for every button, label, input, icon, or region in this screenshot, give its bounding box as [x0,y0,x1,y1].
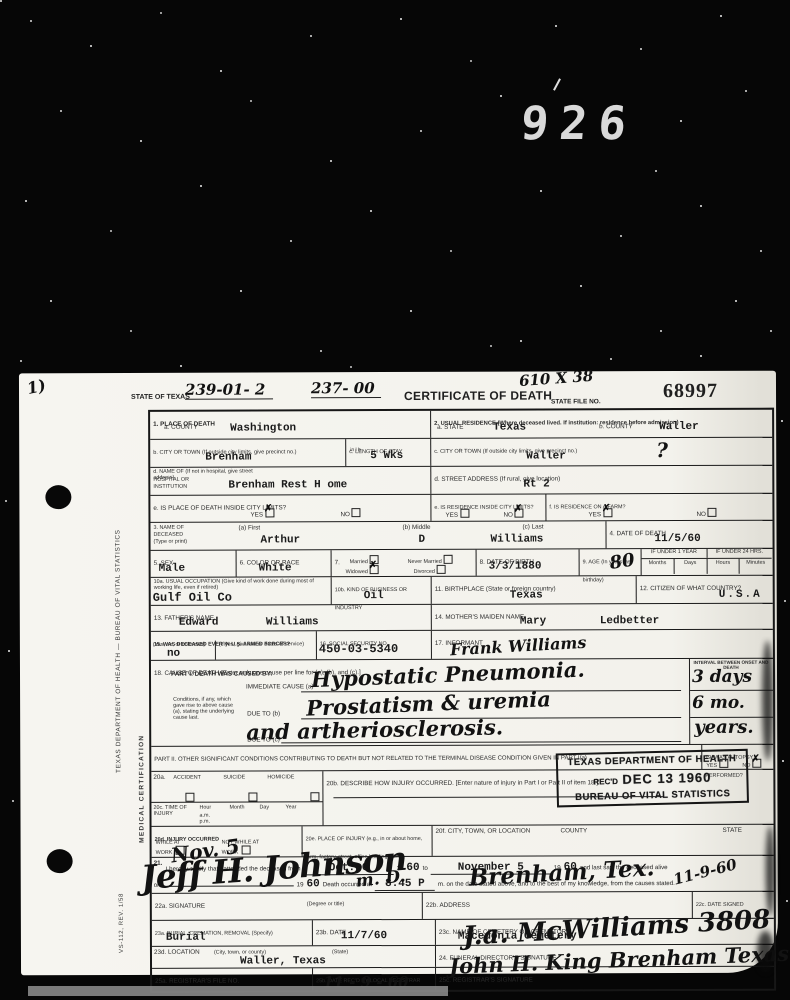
field-race: 6. COLOR OR RACE White [236,550,331,576]
row-city-stay: b. CITY OR TOWN (If outside city limits,… [150,437,772,467]
film-scratch [553,78,561,90]
name-label-2: DECEASED [154,532,184,538]
forces-divider [215,641,216,660]
name-label-3: (Type or print) [154,539,188,545]
field-sex: 5. SEX Male [151,551,236,577]
first-name-value: Arthur [261,534,301,546]
certificate-paper: 1) TEXAS DEPARTMENT OF HEALTH — BUREAU O… [19,371,778,976]
residence-state-label: a. STATE [437,424,463,431]
interval-line-a [690,690,773,691]
industry-value: Oil [364,590,384,602]
suicide-checkbox [249,792,258,801]
field-place-of-death: 1. PLACE OF DEATH a. COUNTY Washington [150,411,430,439]
due-b-label: DUE TO (b) [247,710,280,717]
farm-yes-checkbox: ✗ [603,508,612,517]
field-date-of-death: 4. DATE OF DEATH 11/5/60 [605,521,771,549]
forces-sub2: (If yes, give war or dates of service) [219,641,309,647]
accident-checkbox [185,793,194,802]
injury-county-label: COUNTY [561,827,588,834]
dod-value: 11/5/60 [655,533,701,545]
residence-limits-no-checkbox: ✗ [515,509,524,518]
certificate-title: CERTIFICATE OF DEATH [404,388,552,403]
hospital-label-3: INSTITUTION [153,484,187,490]
street-value: Rt 2 [523,478,549,490]
row-parents: 13. FATHER'S NAME Edward Williams 14. MO… [151,603,773,631]
film-speckles [0,0,2,2]
conditions-note: Conditions, if any, which gave rise to a… [173,697,235,721]
field-father: 13. FATHER'S NAME Edward Williams [151,605,431,631]
vertical-form-number: VS-112, REV. 1/58 [119,841,125,953]
field-citizen: 12. CITIZEN OF WHAT COUNTRY? U.S.A [636,576,772,603]
city-value: Brenham [205,452,251,464]
occupation-label: 10a. USUAL OCCUPATION (Give kind of work… [154,578,324,591]
forces-sub1: (Yes, no, or unknown) [153,642,211,648]
stay-sublabel: in l b. [350,448,362,454]
row-city-limits: e. IS PLACE OF DEATH INSIDE CITY LIMITS?… [150,493,772,522]
row-sex-age: 5. SEX Male 6. COLOR OR RACE White 7. Ma… [151,548,773,577]
never-married-option: Never Married [408,555,453,565]
address-label: 22b. ADDRESS [426,902,470,909]
county-label: a. COUNTY [164,424,198,431]
hours-col: Hours [706,559,739,574]
mother-label: 14. MOTHER'S MAIDEN NAME [435,614,524,621]
middle-name-value: D [419,534,426,546]
field-usual-residence: 2. USUAL RESIDENCE (Where deceased lived… [430,410,771,438]
never-married-checkbox [444,555,453,564]
citizen-value: U.S.A [719,589,762,601]
interval-line-b [690,717,773,718]
residence-limits-yes: YES [445,509,469,519]
occupation-value: Gulf Oil Co [153,591,232,605]
widowed-checkbox: ✗ [370,565,379,574]
location-sub2: (State) [332,949,348,955]
residence-label: 2. USUAL RESIDENCE (Where deceased lived… [434,420,678,427]
field-injury-left: 20a. ACCIDENT SUICIDE HOMICIDE 20c. TIME… [151,771,322,826]
stamp-line1: TEXAS DEPARTMENT OF HEALTH [567,753,736,768]
homicide-checkbox [310,792,319,801]
field-armed-forces: 15. WAS DECEASED EVER IN U.S. ARMED FORC… [151,631,316,660]
county-value: Washington [230,422,296,434]
homicide-label: HOMICIDE [267,774,294,780]
father-last: Williams [266,616,319,628]
vertical-medical-certification-text: MEDICAL CERTIFICATION [138,673,146,843]
microfilm-scan: 926 1) TEXAS DEPARTMENT OF HEALTH — BURE… [0,0,790,1000]
under-24-hrs-label: IF UNDER 24 HRS. [706,549,772,558]
farm-no-checkbox [708,508,717,517]
autopsy-no-checkbox: ✗ [752,759,761,768]
hospital-value: Brenham Rest H ome [228,479,347,491]
stamp-date: DEC 13 1960 [622,769,711,786]
field-ssn: 16. SOCIAL SECURITY NO. 450-03-5340 [316,631,431,659]
field-informant: 17. INFORMANT Frank Williams [431,630,772,659]
state-file-number: 68997 [663,380,718,403]
field-street-address: d. STREET ADDRESS (If rural, give locati… [430,466,771,494]
frame-counter: 926 [519,96,640,150]
stay-value: 5 Wks [370,450,403,462]
field-cause-of-death: 18. CAUSE OF DEATH [Enter only one cause… [151,659,689,746]
time-of-injury-label: 20c. TIME OF INJURY [153,805,193,817]
widowed-option: Widowed✗ [346,565,379,575]
death-limits-yes-checkbox: ✗ [265,508,274,517]
forces-value: no [167,648,180,660]
burial-value: Burial [166,932,206,944]
field-length-of-stay: c. LENGTH OF STAY in l b. 5 Wks [345,439,430,466]
last-name-value: Williams [491,533,544,545]
row-cause-of-death: 18. CAUSE OF DEATH [Enter only one cause… [151,658,773,746]
pm-label: p.m. [200,819,211,825]
residence-city-value: Waller [526,450,566,462]
interval-b: 6 mo. [692,693,745,713]
age-value: 80 [608,550,636,574]
field-physician-signature: 22a. SIGNATURE (Degree or title) [152,893,422,920]
marital-label: 7. [335,559,340,566]
field-deceased-name: 3. NAME OF DECEASED (Type or print) (a) … [150,521,605,550]
hour-label: Hour [199,805,211,811]
row-occupation: 10a. USUAL OCCUPATION (Give kind of work… [151,575,773,605]
immediate-cause-label: IMMEDIATE CAUSE (a) [246,683,313,690]
mother-first: Mary [520,615,546,627]
residence-county-label: b. COUNTY [599,423,633,430]
ssn-value: 450-03-5340 [319,642,398,656]
signature-label: 22a. SIGNATURE [155,903,205,910]
first-name-label: (a) First [238,524,260,531]
edge-smudge-3 [757,931,774,973]
interval-a: 3 days [692,667,752,687]
months-col: Months [642,559,674,574]
field-time-of-injury: 20c. TIME OF INJURY Hour Month Day Year … [151,802,322,825]
accident-label: ACCIDENT [173,775,201,781]
residence-county-value: Waller [659,421,699,433]
film-bottom-bar [28,986,448,996]
received-stamp: TEXAS DEPARTMENT OF HEALTH REC'D DEC 13 … [556,749,749,808]
hospital-label-2: HOSPITAL OR [153,477,189,483]
degree-label: (Degree or title) [307,901,344,907]
field-birthplace: 11. BIRTHPLACE (State or foreign country… [431,576,636,604]
father-first: Edward [179,617,219,629]
stamp-line2: REC'D DEC 13 1960 [593,769,711,787]
field-residence-city-limits: e. IS RESIDENCE INSIDE CITY LIMITS? YES … [430,494,545,520]
death-limits-yes: YES✗ [250,508,274,518]
residence-limits-no: NO✗ [503,509,523,519]
field-marital-status: 7. Married Never Married Widowed✗ Divorc… [331,550,476,577]
row-place-residence: 1. PLACE OF DEATH a. COUNTY Washington 2… [150,410,772,439]
residence-state-value: Texas [493,422,526,434]
state-file-no-label: STATE FILE NO. [551,398,601,405]
label-20a: 20a. [153,774,165,781]
burial-date-value: 11/7/60 [341,930,387,942]
sex-value: Male [159,563,185,575]
middle-name-label: (b) Middle [402,524,430,531]
mother-last: Ledbetter [600,615,659,627]
divorced-option: Divorced [414,565,446,575]
day-label: Day [259,804,269,810]
death-limits-no-checkbox [352,508,361,517]
part2-label: PART II. OTHER SIGNIFICANT CONDITIONS CO… [154,755,587,763]
birthplace-value: Texas [510,589,543,601]
field-interval: INTERVAL BETWEEN ONSET AND DEATH 3 days … [689,659,772,744]
death-limits-no: NO [340,508,360,518]
field-burial-date: 23b. DATE 11/7/60 [312,920,435,945]
last-name-label: (c) Last [522,523,543,530]
field-burial: 23a. BURIAL, CREMATION, REMOVAL (Specify… [152,920,312,946]
field-burial-location: 23d. LOCATION (City, town, or county) (S… [152,946,435,968]
field-injury-location: 20f. CITY, TOWN, OR LOCATION COUNTY STAT… [432,825,773,856]
field-hospital: d. NAME OF (If not in hospital, give str… [150,467,430,495]
field-age: 9. AGE (In years last birthday) 80 [579,549,641,575]
name-label-1: 3. NAME OF [153,525,184,531]
field-mother: 14. MOTHER'S MAIDEN NAME Mary Ledbetter [431,604,772,630]
field-industry: 10b. KIND OF BUSINESS OR INDUSTRY Oil [331,577,431,604]
field-accident-suicide-homicide: 20a. ACCIDENT SUICIDE HOMICIDE [151,771,322,803]
informant-value: Frank Williams [449,633,586,660]
dob-value: 3/3/1880 [489,561,542,573]
days-col: Days [673,559,706,574]
row-forces-ssn: 15. WAS DECEASED EVER IN U.S. ARMED FORC… [151,629,773,660]
punch-hole-top [45,485,71,509]
corner-mark: 1) [25,376,47,399]
residence-limits-yes-checkbox [460,509,469,518]
suicide-label: SUICIDE [223,775,245,781]
farm-no: NO [696,508,716,518]
due-c-value: and artheriosclerosis. [246,714,503,744]
injury-state-label: STATE [723,827,742,834]
state-of-texas-label: STATE OF TEXAS [131,394,190,401]
field-under-year-hours: IF UNDER 1 YEAR IF UNDER 24 HRS. Months … [641,549,772,575]
field-date-of-birth: 8. DATE OF BIRTH 3/3/1880 [476,549,579,575]
stamp-line3: BUREAU OF VITAL STATISTICS [575,788,731,803]
race-value: White [259,562,292,574]
under-1-year-label: IF UNDER 1 YEAR [642,549,707,558]
row-hospital-street: d. NAME OF (If not in hospital, give str… [150,465,772,495]
location-label: 23d. LOCATION [154,949,200,956]
vertical-department-text: TEXAS DEPARTMENT OF HEALTH — BUREAU OF V… [114,483,122,773]
field-city-or-town: b. CITY OR TOWN (If outside city limits,… [150,439,345,467]
minutes-col: Minutes [739,559,772,574]
field-residence-city: c. CITY OR TOWN (If outside city limits,… [430,438,771,466]
certificate-form: 1. PLACE OF DEATH a. COUNTY Washington 2… [148,408,776,993]
location-value: Waller, Texas [240,955,326,967]
attended-from-year: 60 [406,862,419,874]
year-label: Year [285,804,296,810]
field-residence-farm: f. IS RESIDENCE ON A FARM? YES✗ NO [545,494,771,521]
handwritten-note: 610 X 38 [518,367,593,390]
punch-hole-bottom [47,849,73,873]
month-label: Month [229,805,244,811]
farm-yes: YES✗ [588,508,612,518]
cert-to-word: to [423,865,428,872]
row-name-dod: 3. NAME OF DECEASED (Type or print) (a) … [150,520,772,550]
field-occupation: 10a. USUAL OCCUPATION (Give kind of work… [151,577,331,605]
residence-city-note: ? [656,438,668,462]
part1-label: PART I. DEATH WAS CAUSED BY: [171,670,272,678]
injury-location-label: 20f. CITY, TOWN, OR LOCATION [436,828,531,836]
divorced-checkbox [437,565,446,574]
handwritten-code-2: 237- 00 [311,379,381,398]
interval-c: years. [694,717,754,738]
field-death-city-limits: e. IS PLACE OF DEATH INSIDE CITY LIMITS?… [150,495,430,522]
handwritten-code-1: 239-01- 2 [185,380,273,399]
registrar-file-label: 25a. REGISTRAR'S FILE NO. [155,978,239,985]
